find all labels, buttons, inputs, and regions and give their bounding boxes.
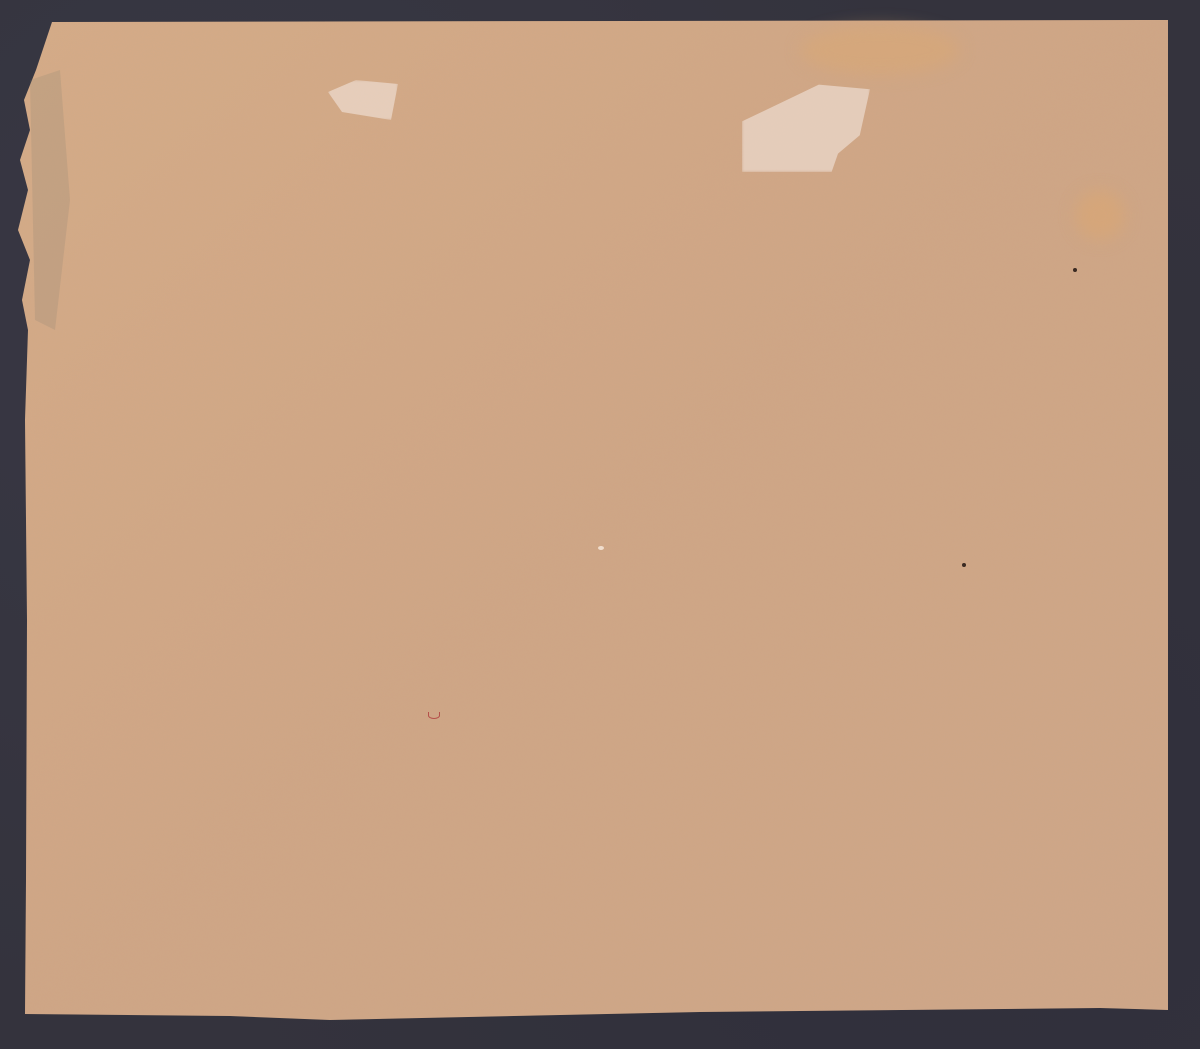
paper-fragment [0,0,1200,1049]
dark-spot [1073,268,1077,272]
paper-shape [0,0,1200,1049]
dark-spot [962,563,966,567]
toning-stain-right [1075,190,1125,240]
toning-stain-top [800,25,960,75]
red-mark [428,712,440,719]
light-fleck [598,546,604,550]
